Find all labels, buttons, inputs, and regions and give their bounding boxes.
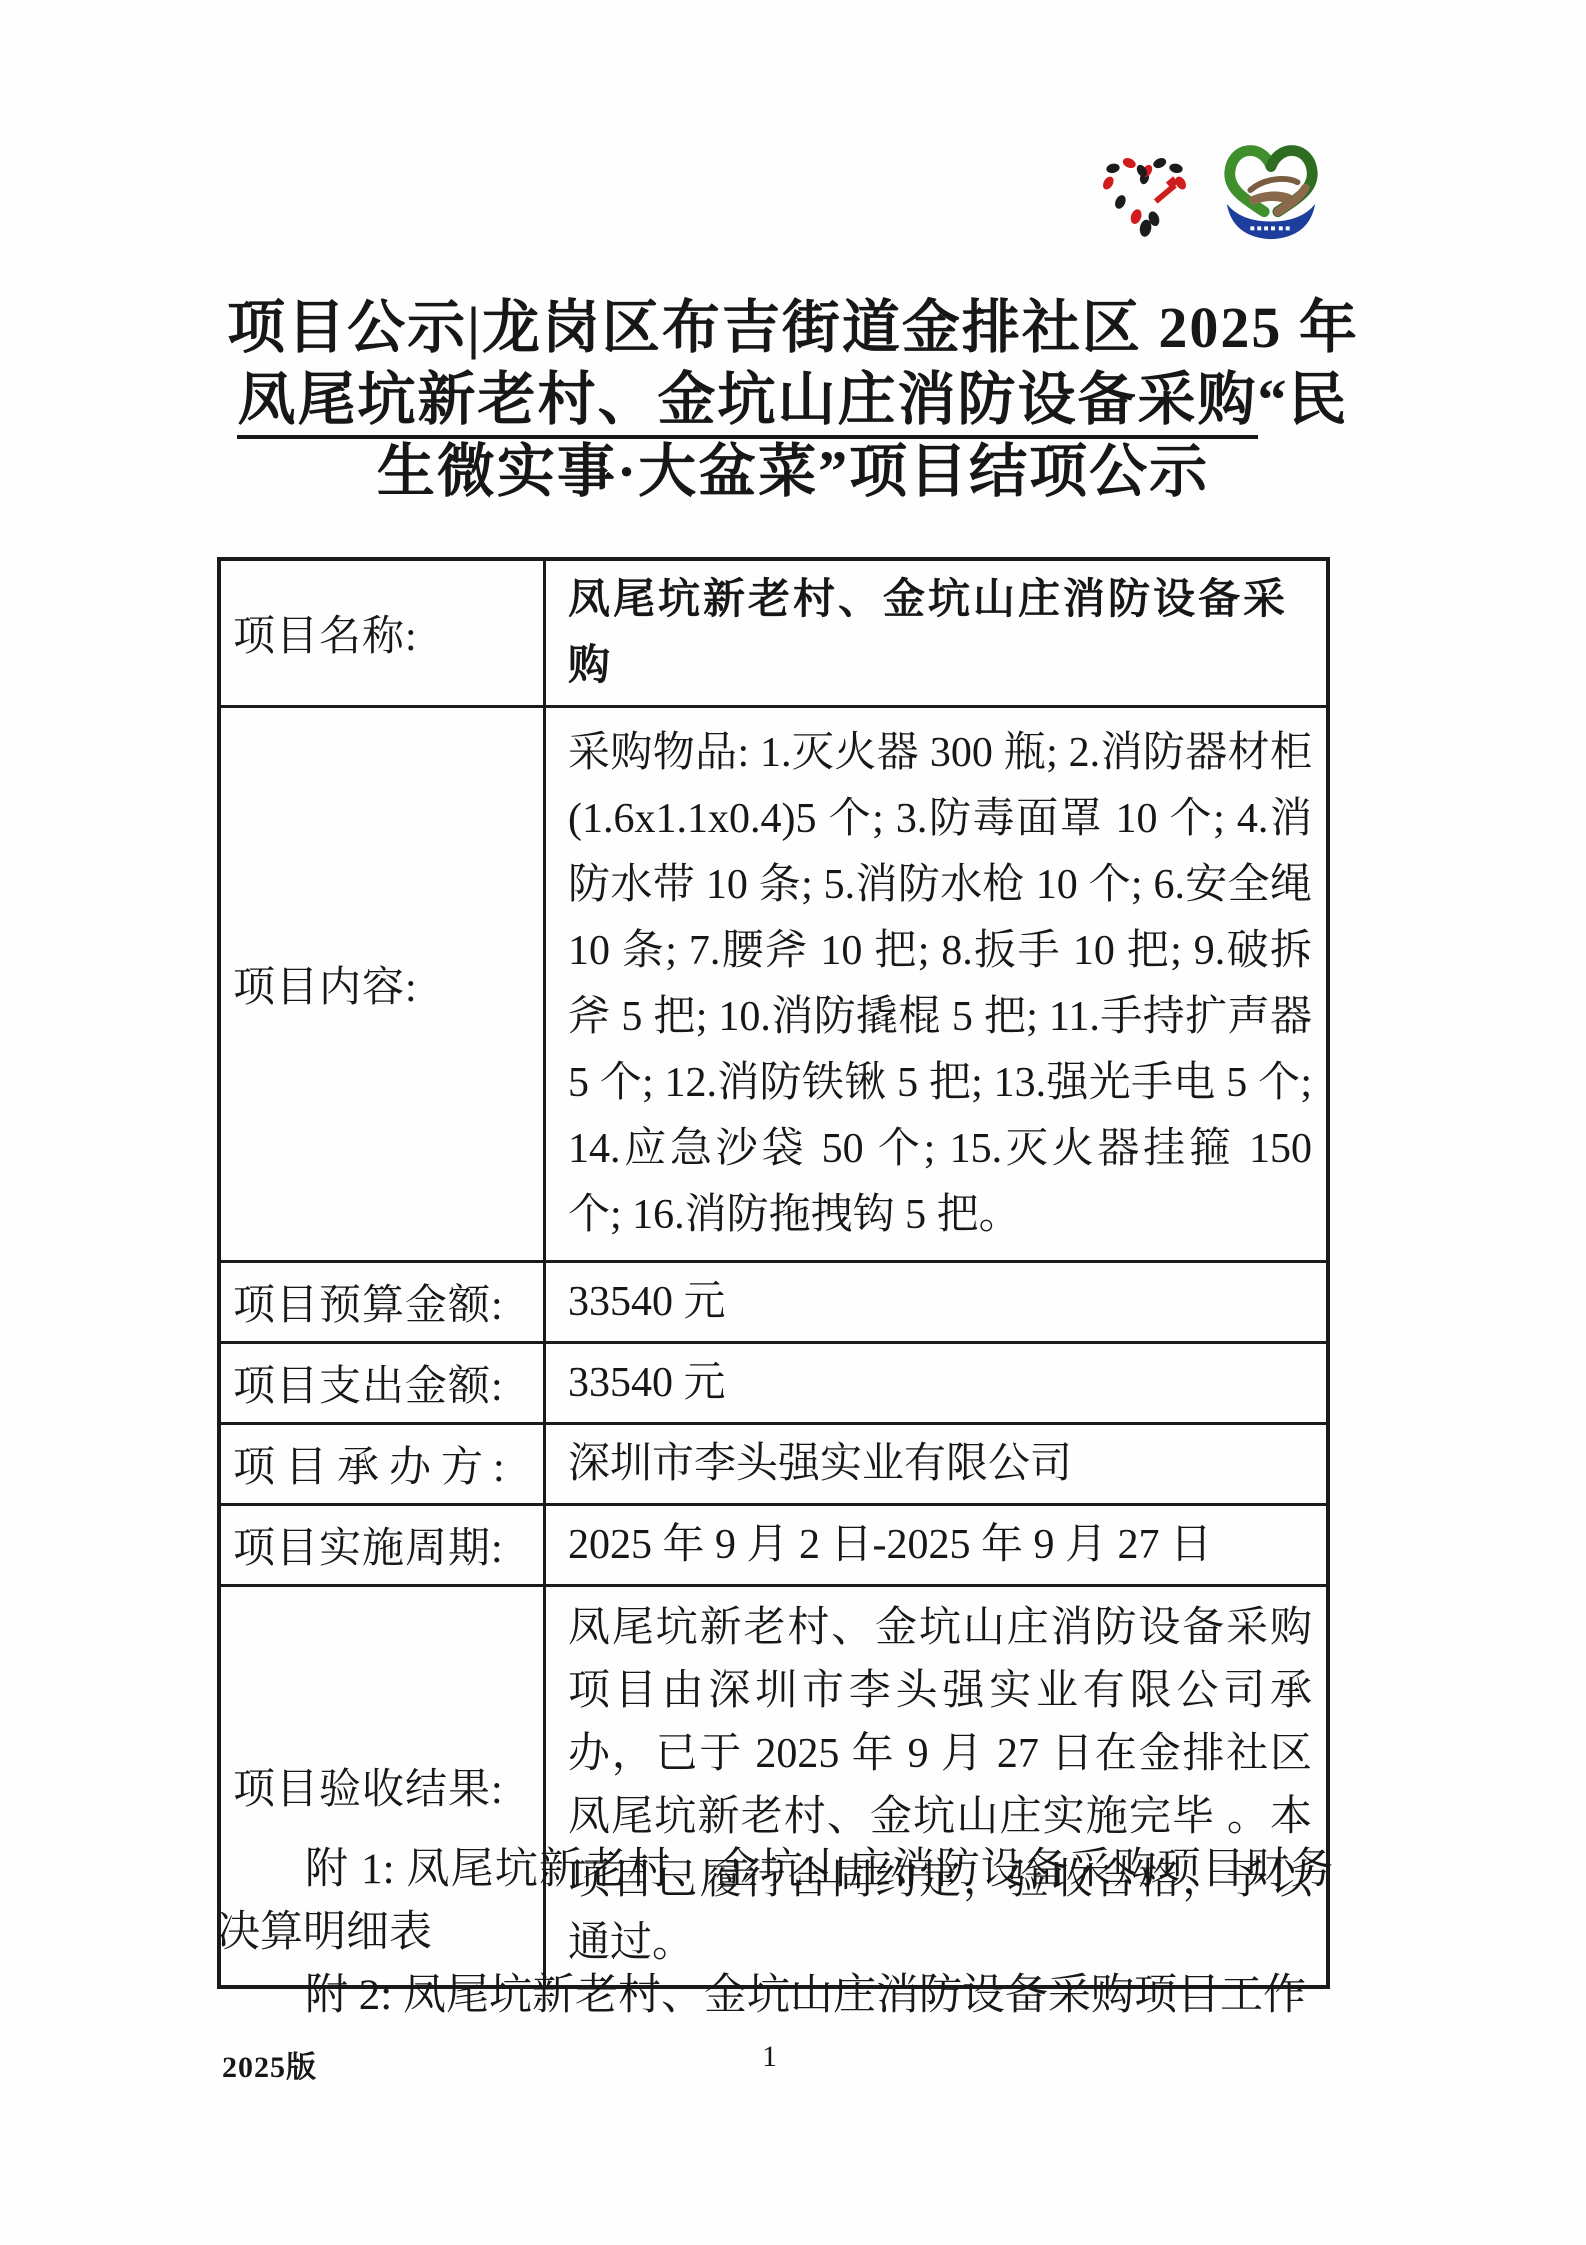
row-label: 项目名称:: [219, 559, 545, 707]
page-title: 项目公示|龙岗区布吉街道金排社区 2025 年凤尾坑新老村、金坑山庄消防设备采购…: [78, 292, 1508, 508]
footer-version-label: 2025版: [222, 2042, 317, 2086]
attachments-section: 附 1: 凤尾坑新老村、金坑山庄消防设备采购项目财务决算明细表 附 2: 凤尾坑…: [217, 1838, 1333, 2027]
title-line-2-underlined: 凤尾坑新老村、金坑山庄消防设备采购: [237, 367, 1257, 439]
table-row-project-content: 项目内容: 采购物品: 1.灭火器 300 瓶; 2.消防器材柜(1.6x1.1…: [219, 707, 1328, 1262]
row-value: 33540 元: [545, 1343, 1329, 1424]
table-row-spend-amount: 项目支出金额: 33540 元: [219, 1343, 1328, 1424]
row-value: 33540 元: [545, 1262, 1329, 1343]
row-label: 项目实施周期:: [219, 1505, 545, 1586]
document-page: 项目公示|龙岗区布吉街道金排社区 2025 年凤尾坑新老村、金坑山庄消防设备采购…: [0, 0, 1586, 2245]
party-heart-logo-icon: [1092, 118, 1197, 268]
row-label: 项目预算金额:: [219, 1262, 545, 1343]
header-logos: [1092, 100, 1342, 265]
row-value: 凤尾坑新老村、金坑山庄消防设备采购: [545, 559, 1329, 707]
attachment-2: 附 2: 凤尾坑新老村、金坑山庄消防设备采购项目工作: [217, 1964, 1333, 2027]
row-label: 项目内容:: [219, 707, 545, 1262]
table-row-undertaker: 项目承办方: 深圳市李头强实业有限公司: [219, 1424, 1328, 1505]
title-line-1: 项目公示|龙岗区布吉街道金排社区 2025 年: [227, 295, 1359, 360]
row-label: 项目承办方:: [219, 1424, 545, 1505]
row-label: 项目支出金额:: [219, 1343, 545, 1424]
table-row-project-name: 项目名称: 凤尾坑新老村、金坑山庄消防设备采购: [219, 559, 1328, 707]
table-row-implementation-period: 项目实施周期: 2025 年 9 月 2 日-2025 年 9 月 27 日: [219, 1505, 1328, 1586]
row-value: 采购物品: 1.灭火器 300 瓶; 2.消防器材柜(1.6x1.1x0.4)5…: [545, 707, 1329, 1262]
table-row-budget-amount: 项目预算金额: 33540 元: [219, 1262, 1328, 1343]
attachment-1: 附 1: 凤尾坑新老村、金坑山庄消防设备采购项目财务决算明细表: [217, 1838, 1333, 1964]
hammer-sickle-icon: [1150, 176, 1178, 208]
project-info-table: 项目名称: 凤尾坑新老村、金坑山庄消防设备采购 项目内容: 采购物品: 1.灭火…: [217, 557, 1330, 1989]
minsheng-care-logo-icon: [1217, 128, 1325, 260]
footer-page-number: 1: [762, 2040, 777, 2074]
title-line-3: 生微实事·大盆菜”项目结项公示: [377, 439, 1209, 504]
title-line-2-tail: “民: [1258, 367, 1349, 432]
row-value: 深圳市李头强实业有限公司: [545, 1424, 1329, 1505]
row-value: 2025 年 9 月 2 日-2025 年 9 月 27 日: [545, 1505, 1329, 1586]
